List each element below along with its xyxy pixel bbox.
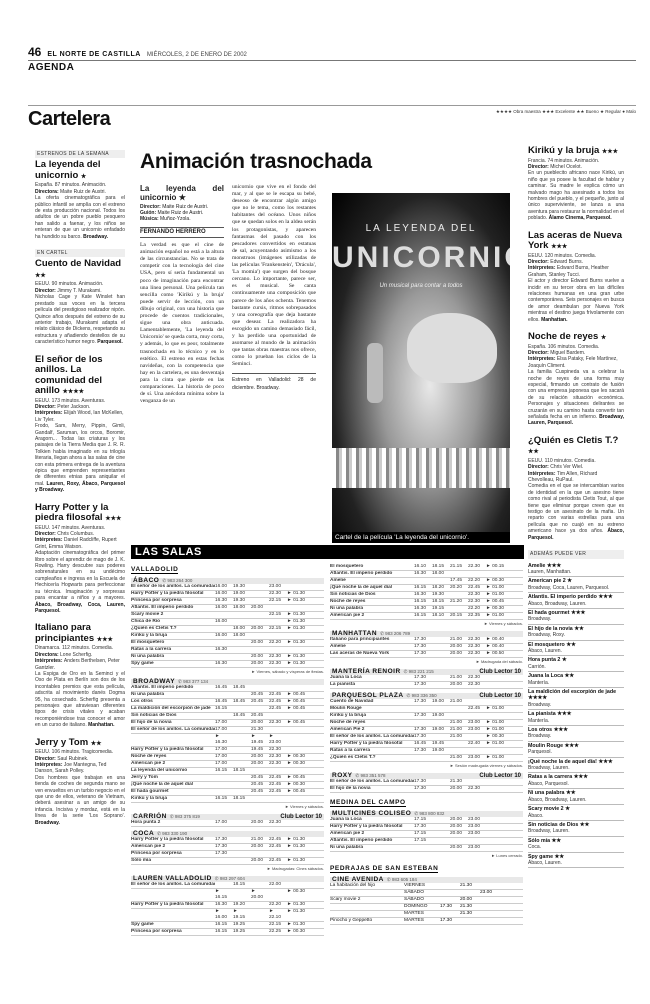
movie-title-text: Jerry y Tom	[35, 737, 91, 748]
showtime	[269, 796, 287, 802]
city-heading: VALLADOLID	[131, 567, 178, 574]
showtime: 17.30	[414, 675, 432, 681]
feature-headline: Animación trasnochada	[140, 150, 520, 174]
film-title: Ratas a la carrera	[330, 748, 414, 754]
also-cinemas: Broadway, Lauren.	[528, 765, 624, 771]
showtime: 16.10	[414, 564, 432, 570]
also-cinemas: Mantería.	[528, 680, 624, 686]
film-title: El hijo de la novia	[330, 786, 414, 792]
showtime: 16.15	[215, 768, 233, 774]
showtime: 21.00	[450, 734, 468, 740]
showtime: ► 01.00	[486, 592, 508, 598]
showtime: 17.15	[414, 817, 432, 823]
showtime-row: ¿Quién es Cletis T.?21.0023.00► 01.00	[330, 755, 523, 762]
showtime: 21.30	[251, 727, 269, 733]
cinema-block: MANHATTAN✆ 983 206 789Italiano para prin…	[330, 631, 523, 665]
showtime: 22.20	[269, 640, 287, 646]
showtime	[251, 685, 269, 691]
showtime	[468, 699, 486, 705]
showtime	[251, 584, 269, 590]
feature-column-1: La leyenda del unicornio ★ Director: Mai…	[140, 184, 224, 405]
showtime	[233, 727, 251, 733]
showtime: 17.15	[414, 838, 432, 844]
showtime: 22.30	[468, 637, 486, 643]
credit-value: Muñoz-Yzola.	[160, 216, 191, 222]
showtime: 22.45	[269, 837, 287, 843]
showtime-row: Ni una palabra20.4522.45► 00.45	[131, 692, 324, 699]
showtime: 16.15	[414, 613, 432, 619]
showtime-row: Las aceras de Nueva York17.3020.0022.30►…	[330, 651, 523, 658]
movie-synopsis: La familia Cuspineda va a celebrar la no…	[528, 369, 624, 427]
showtime-row: American pie 216.1518.1020.1522.35► 01.0…	[330, 613, 523, 620]
showtime-row: Spy game16.3020.0022.30► 01.30	[131, 661, 324, 668]
showtime	[233, 789, 251, 795]
showtime	[233, 734, 251, 746]
also-cinemas: Ábaco, Parquesol.	[528, 781, 624, 787]
showtime: 22.30	[269, 747, 287, 753]
credit-label: Intérpretes:	[35, 658, 64, 664]
showtime	[450, 741, 468, 747]
film-title: La leyenda del unicornio	[131, 768, 215, 774]
showtime: 20.45	[251, 775, 269, 781]
showtime: 20.00	[450, 817, 468, 823]
review-kicker: EN CARTEL	[35, 249, 125, 257]
showtime: 16.30	[215, 661, 233, 667]
showtime	[233, 692, 251, 698]
cinema-phone: ✆ 983 264 300	[162, 578, 192, 583]
showtime-row: Princesa por sorpresa16.3019.3022.15► 01…	[131, 598, 324, 605]
film-title	[330, 911, 404, 917]
showtime: ► 01.30	[287, 922, 309, 928]
showtime: 20.00	[251, 654, 269, 660]
showtime: 22.25	[269, 929, 287, 935]
showtime: 18.20	[432, 585, 450, 591]
credit-label: Director:	[35, 756, 57, 762]
showtime	[468, 748, 486, 754]
showtime: 20.00	[251, 661, 269, 667]
schedule-note: ► Sesión madrugada viernes y sábados.	[330, 763, 523, 769]
film-title: Harry Potter y la piedra filosofal	[131, 591, 215, 597]
showtime: 22.40	[468, 741, 486, 747]
movie-review: ESTRENOS DE LA SEMANALa leyenda del unic…	[35, 150, 125, 240]
credit-value: Miguel Bardem.	[550, 350, 585, 356]
film-title: ¿Quién es Cletis T.?	[330, 755, 414, 761]
showtime	[251, 796, 269, 802]
showtime	[486, 699, 508, 705]
issue-date: MIÉRCOLES, 2 DE ENERO DE 2002	[147, 52, 247, 58]
showtime	[480, 911, 500, 917]
showtime	[432, 845, 450, 851]
showtime-row: Noche de reyes16.1518.1521.2022.30► 00.4…	[330, 599, 523, 606]
schedule-note: ► Lunes cerrado.	[330, 853, 523, 859]
also-cinemas: Coca.	[528, 844, 624, 850]
also-cinemas: Ábaco, Lauren.	[528, 860, 624, 866]
showtime	[450, 571, 468, 577]
showtime: 16.30	[414, 571, 432, 577]
film-title: American pie 2	[131, 844, 215, 850]
showtime-row: Spy game16.1519.2522.15► 01.30	[131, 922, 324, 929]
crowd-illustration	[332, 448, 510, 488]
showtime	[486, 779, 508, 785]
showtime	[432, 675, 450, 681]
showtime	[486, 824, 508, 830]
showtime	[233, 844, 251, 850]
showtime: ► 01.30	[287, 909, 309, 921]
showtime: 20.00	[460, 897, 480, 903]
star-rating: ★★	[91, 741, 102, 747]
film-title: Amelie	[330, 644, 414, 650]
showtime-row: ► 16.30► 19.45► 23.00	[131, 734, 324, 747]
showtime: ► 00.45	[287, 706, 309, 712]
also-showing-item: Juana la Loca ★★Mantería.	[528, 672, 624, 688]
showtime	[432, 755, 450, 761]
showtime: 17.30	[414, 644, 432, 650]
showtime: 17.30	[414, 651, 432, 657]
showtime-row: Noche de reyes17.0020.0022.30► 00.30	[131, 754, 324, 761]
showtime: 21.20	[450, 599, 468, 605]
showtime-row: El hijo de la novia17.0020.0022.30► 00.4…	[131, 720, 324, 727]
showtime: ► 00.50	[486, 651, 508, 657]
showtime-row: Sin noticias de Dios18.4520.45	[131, 713, 324, 720]
showtime: 22.30	[269, 661, 287, 667]
film-title	[330, 904, 404, 910]
cinema-phone: ✆ 983 800 832	[414, 811, 444, 816]
feature-text-2: unicornio que vive en el fondo del mar, …	[232, 184, 316, 368]
showtime: 17.30	[215, 851, 233, 857]
showtime-row: Ni una palabra20.0023.00	[330, 845, 523, 852]
showtime	[287, 633, 309, 639]
showtime: 21.00	[450, 699, 468, 705]
showtime: 22.45	[269, 782, 287, 788]
movie-synopsis: En un pueblecito africano nace Kirikú, u…	[528, 170, 624, 221]
star-rating: ★★★	[602, 149, 618, 155]
also-showing-item: La pianista ★★★Mantería.	[528, 710, 624, 726]
showtime	[486, 838, 508, 844]
showtime: 22.20	[468, 606, 486, 612]
showtime: ► 00.30	[486, 578, 508, 584]
showtime: 16.30	[414, 606, 432, 612]
showtime: ► 00.15	[486, 564, 508, 570]
showtime-row: SÁBADO23.00	[330, 890, 523, 897]
also-cinemas: Parquesol.	[528, 749, 624, 755]
film-title: Hora punta 2	[131, 820, 215, 826]
movie-cinemas: Ábaco, Parquesol.	[528, 528, 624, 540]
showtime: ► 01.30	[287, 837, 309, 843]
showtime	[233, 889, 251, 901]
showtime	[287, 820, 309, 826]
showtime	[480, 897, 500, 903]
showtime-row: Amelie17.4522.20► 00.30	[330, 578, 523, 585]
showtime	[432, 682, 450, 688]
showtime-row: Harry Potter y la piedra filosofal16.301…	[131, 902, 324, 909]
film-title: Pinocho y Geppetto	[330, 918, 404, 924]
showtime: 22.45	[468, 706, 486, 712]
credit-label: Director:	[35, 404, 57, 410]
showtime	[287, 584, 309, 590]
showtime: 20.00	[450, 831, 468, 837]
cinema-phone: ✆ 983 336 350	[407, 693, 437, 698]
showtime: 22.35	[468, 613, 486, 619]
also-showing-item: Sin noticias de Dios ★★Broadway, Lauren.	[528, 821, 624, 837]
showtime	[450, 606, 468, 612]
showtime: 17.30	[215, 837, 233, 843]
cinema-block: MULTICINES COLISEO✆ 983 800 832Juana la …	[330, 811, 523, 859]
showtime: 22.20	[468, 578, 486, 584]
film-title: Sólo mía	[131, 858, 215, 864]
showtime: 16.30	[215, 647, 233, 653]
credit-value: Jimmy T. Murakami.	[57, 288, 101, 294]
cartelera-header: Cartelera ★★★★ Obra maestra ★★★ Excelent…	[28, 105, 636, 131]
also-showing-item: Ni una palabra ★★Ábaco, Broadway, Lauren…	[528, 789, 624, 805]
showtime-row: Scary movie 2SÁBADO20.00	[330, 897, 523, 904]
showtime: 22.15	[269, 612, 287, 618]
showtime	[468, 779, 486, 785]
showtime	[486, 748, 508, 754]
showtime	[287, 734, 309, 746]
showtime: 20.00	[251, 605, 269, 611]
showtime	[233, 775, 251, 781]
showtime	[233, 754, 251, 760]
showtime-row: ¡Qué noche la de aquel día!20.4522.45► 0…	[131, 782, 324, 789]
showtime: ► 16.15	[215, 889, 233, 901]
showtime: 20.00	[251, 720, 269, 726]
showtime	[233, 612, 251, 618]
release-note: Estreno en Valladolid: 28 de diciembre. …	[232, 373, 316, 391]
show-day: SÁBADO	[404, 890, 440, 896]
film-title: American pie 2	[131, 761, 215, 767]
showtime	[287, 768, 309, 774]
film-title: Kirikú y la bruja	[131, 796, 215, 802]
also-title: Atlantis. El imperio perdido ★★★	[528, 594, 624, 600]
showtime: ► 00.30	[287, 754, 309, 760]
showtime: 20.15	[450, 613, 468, 619]
showtime: 23.00	[468, 720, 486, 726]
showtime: 20.00	[450, 651, 468, 657]
showtime-row: Harry Potter y la piedra filosofal16.001…	[131, 591, 324, 598]
credit-value: Chris Ver Wiel.	[550, 464, 583, 470]
showtime: 17.00	[215, 820, 233, 826]
showtime	[486, 845, 508, 851]
showtime-row: El mosquetero16.1018.1521.1522.30► 00.15	[330, 564, 523, 571]
also-cinemas: Ábaco, Lauren.	[528, 648, 624, 654]
review-kicker: ESTRENOS DE LA SEMANA	[35, 150, 125, 158]
film-title: Scary movie 2	[131, 612, 215, 618]
showtime: ► 01.00	[486, 755, 508, 761]
showtime: ► 00.30	[287, 782, 309, 788]
cinema-phone: ✆ 983 377 134	[178, 679, 208, 684]
poster-caption: Cartel de la película 'La leyenda del un…	[332, 532, 510, 543]
showtime: 17.30	[414, 727, 432, 733]
film-title: Kirikú y la bruja	[330, 713, 414, 719]
showtime-row: Juana la Loca17.3021.0022.30	[330, 675, 523, 682]
credit-value: Michel Ocelot.	[550, 164, 582, 170]
showtime: 19.45	[251, 747, 269, 753]
show-day: VIERNES	[404, 883, 440, 889]
showtime: 23.00	[468, 824, 486, 830]
showtime: 20.00	[450, 682, 468, 688]
showtime: 20.00	[251, 754, 269, 760]
showtime	[251, 598, 269, 604]
film-title: Atlantis. El imperio perdido	[330, 838, 414, 844]
showtime	[269, 619, 287, 625]
also-showing-item: Hora punta 2 ★Carrión.	[528, 656, 624, 672]
showtime-row: Harry Potter y la piedra filosofal17.302…	[330, 824, 523, 831]
showtime: 23.00	[468, 845, 486, 851]
film-title: Harry Potter y la piedra filosofal	[131, 837, 215, 843]
poster-title-line2: UNICORNIO	[332, 241, 510, 275]
showtime: 22.00	[269, 882, 287, 888]
showtime: 21.00	[251, 837, 269, 843]
movie-poster-image: LA LEYENDA DEL UNICORNIO Un musical para…	[332, 193, 510, 543]
showtime: 21.30	[460, 883, 480, 889]
also-showing-item: ¡Qué noche la de aquel día! ★★★Broadway,…	[528, 758, 624, 774]
film-title: Harry Potter y la piedra filosofal	[131, 902, 215, 908]
star-rating: ★★★	[105, 516, 121, 522]
showtime: 21.30	[460, 904, 480, 910]
showtime: 23.00	[468, 831, 486, 837]
film-title: Spy game	[131, 922, 215, 928]
showtime: ► 01.30	[287, 902, 309, 908]
showtime: 16.15	[215, 706, 233, 712]
movie-cinemas: Ábaco, Broadway, Coca, Lauren, Parquesol…	[35, 602, 125, 614]
film-title: Scary movie 2	[330, 897, 404, 903]
showtime: ► 01.30	[287, 661, 309, 667]
showtime-row: Ratas a la carrera17.3019.00	[330, 748, 523, 755]
film-title: ¡Qué noche la de aquel día!	[330, 585, 414, 591]
movie-credit: Intérpretes: Elsa Pataky, Fele Martínez,…	[528, 356, 624, 369]
credit-value: Edward Burns.	[550, 259, 583, 265]
also-cinemas: Ábaco.	[528, 813, 624, 819]
star-rating: ★	[81, 174, 86, 180]
showtime	[251, 612, 269, 618]
film-title: La maldición del escorpión de jade	[131, 706, 215, 712]
credit-value: Peter Jackson.	[57, 404, 90, 410]
showtime: 18.00	[233, 633, 251, 639]
showtime: 22.30	[468, 682, 486, 688]
showtime	[450, 838, 468, 844]
showtime-row: El hijo de la novia17.3020.0022.30	[330, 786, 523, 793]
showtime: 18.15	[233, 882, 251, 888]
showtime: 20.00	[450, 845, 468, 851]
unicorn-illustration	[407, 313, 497, 383]
credit-value: Lone Scherfig.	[60, 652, 92, 658]
showtime	[269, 851, 287, 857]
showtime: 19.25	[233, 922, 251, 928]
showtime-row: Sin noticias de Dios16.3019.3022.30► 01.…	[330, 592, 523, 599]
also-cinemas: Ábaco, Broadway, Lauren.	[528, 601, 624, 607]
showtime-row: El señor de los anillos. La comunidad...…	[131, 882, 324, 889]
movie-synopsis: Adaptación cinematográfica del primer li…	[35, 550, 125, 614]
showtime-row: Ni una palabra20.0022.30► 01.30	[131, 654, 324, 661]
film-title: Kirikú y la bruja	[131, 633, 215, 639]
showtime: 22.30	[468, 651, 486, 657]
showtime	[251, 647, 269, 653]
film-title: Princesa por sorpresa	[131, 598, 215, 604]
showtime: ► 00.45	[287, 699, 309, 705]
credit-label: Director:	[528, 259, 550, 265]
showtime: 17.00	[215, 747, 233, 753]
showtime-row: El señor de los anillos. La comunidad...…	[330, 734, 523, 741]
showtime: 16.30	[215, 902, 233, 908]
showtime	[432, 706, 450, 712]
showtime-row: MARTES21.30	[330, 911, 523, 918]
film-title: Harry Potter y la piedra filosofal	[330, 741, 414, 747]
showtime: 22.20	[269, 902, 287, 908]
cinema-phone: ✆ 983 375 819	[170, 814, 200, 819]
cinema-block: LAUREN VALLADOLID✆ 983 297 604El señor d…	[131, 876, 324, 936]
showtime	[414, 845, 432, 851]
credit-label: Director:	[528, 350, 550, 356]
showtime	[414, 578, 432, 584]
showtime	[233, 647, 251, 653]
showtime: 22.30	[468, 675, 486, 681]
right-reviews-column: Kirikú y la bruja ★★★Francia. 74 minutos…	[528, 146, 624, 868]
showtime	[287, 605, 309, 611]
showtime: 23.00	[468, 755, 486, 761]
movie-cinemas: Broadway.	[83, 234, 108, 240]
showtime-row: Harry Potter y la piedra filosofal16.451…	[330, 741, 523, 748]
showtime: ► 01.30	[287, 591, 309, 597]
showtime: ► 19.45	[251, 734, 269, 746]
showtime	[287, 747, 309, 753]
also-showing-list: Amelie ★★★Lauren, Manhattan.American pie…	[528, 562, 624, 869]
film-title: Cuento de Navidad	[330, 699, 414, 705]
showtime: 17.30	[414, 713, 432, 719]
also-cinemas: Broadway.	[528, 616, 624, 622]
showtime: 17.30	[414, 682, 432, 688]
also-showing-item: American pie 2 ★Broadway, Coca, Lauren, …	[528, 577, 624, 593]
showtime: 22.45	[468, 585, 486, 591]
showtime-row: Sólo mía20.0022.45► 01.30	[131, 858, 324, 865]
credit-value: Maite Ruiz de Austri.	[60, 189, 106, 195]
showtime	[215, 654, 233, 660]
showtime: ► 19.15	[233, 909, 251, 921]
also-cinemas: Broadway.	[528, 702, 624, 708]
showtime: 17.30	[440, 904, 460, 910]
also-showing-item: Spy game ★★Ábaco, Lauren.	[528, 853, 624, 869]
credit-value: Saul Rubinek.	[57, 756, 88, 762]
credit-label: Intérpretes:	[35, 410, 64, 416]
show-day: SÁBADO	[404, 897, 440, 903]
showtime: 22.30	[269, 754, 287, 760]
film-title: Chica de Río	[131, 619, 215, 625]
movie-review: Noche de reyes ★España. 106 minutos. Com…	[528, 332, 624, 427]
film-title: El mosquetero	[131, 640, 215, 646]
showtime-row: Noche de reyes21.0023.00► 01.00	[330, 720, 523, 727]
credit-label: Intérpretes:	[35, 762, 64, 768]
movie-title: Noche de reyes ★	[528, 332, 624, 344]
movie-synopsis: Nicholas Cage y Kate Winslet han prestad…	[35, 294, 125, 345]
showtime	[269, 727, 287, 733]
showtime	[287, 713, 309, 719]
showtime: 16.00	[215, 619, 233, 625]
film-title: El hijo de la novia	[131, 720, 215, 726]
showtime	[450, 748, 468, 754]
movie-title-text: La leyenda del unicornio	[35, 159, 100, 181]
showtime-row: Los otros16.4518.4520.4522.45► 00.45	[131, 699, 324, 706]
showtime-row: Pinocho y GeppettoMARTES17.30	[330, 918, 523, 925]
showtime-row: Ni una palabra16.3019.1522.20► 00.30	[330, 606, 523, 613]
showtime: 22.45	[269, 692, 287, 698]
showtime: ► 20.00	[251, 889, 269, 901]
poster-tagline: Un musical para contar a todos	[332, 283, 510, 289]
showtime	[486, 571, 508, 577]
showtime: 17.30	[414, 699, 432, 705]
showtime	[287, 882, 309, 888]
cinema-block: COCA✆ 983 330 190Harry Potter y la piedr…	[131, 831, 324, 872]
showtime	[233, 661, 251, 667]
movie-review: ¿Quién es Cletis T.? ★★EEUU. 110 minutos…	[528, 436, 624, 541]
